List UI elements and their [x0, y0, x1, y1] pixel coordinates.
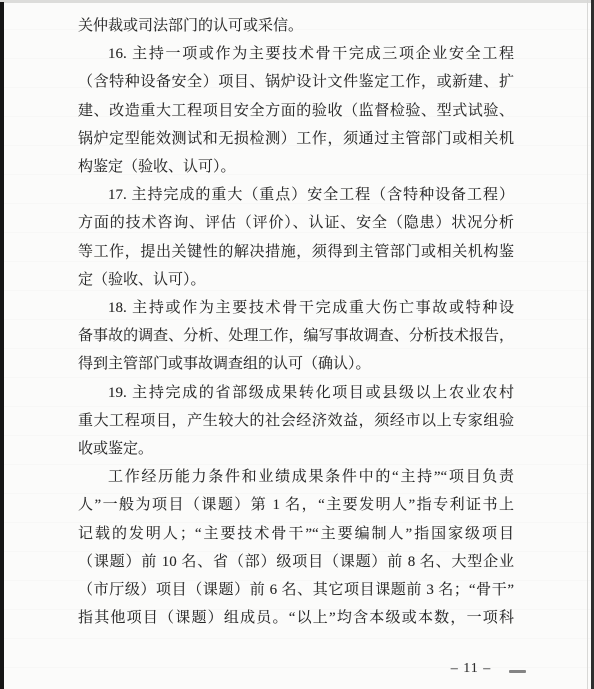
page-number: – 11 – — [428, 661, 514, 677]
text-line: （课题）前 10 名、省（部）级项目（课题）前 8 名、大型企业 — [78, 548, 514, 576]
text-line: 构鉴定（验收、认可）。 — [78, 153, 514, 181]
scanned-document-page: 关仲裁或司法部门的认可或采信。 16. 主持一项或作为主要技术骨干完成三项企业安… — [0, 0, 594, 689]
document-body-text: 关仲裁或司法部门的认可或采信。 16. 主持一项或作为主要技术骨干完成三项企业安… — [78, 12, 514, 632]
text-line: 等工作，提出关键性的解决措施，须得到主管部门或相关机构鉴 — [78, 238, 514, 266]
text-line: 16. 主持一项或作为主要技术骨干完成三项企业安全工程 — [78, 40, 514, 68]
scan-artifact-speck — [509, 670, 526, 673]
text-line: 建、改造重大工程项目安全方面的验收（监督检验、型式试验、 — [78, 97, 514, 125]
scan-artifact-top-band — [0, 0, 594, 3]
text-line: 19. 主持完成的省部级成果转化项目或县级以上农业农村 — [78, 379, 514, 407]
text-line: 工作经历能力条件和业绩成果条件中的“主持”“项目负责 — [78, 463, 514, 491]
text-line: 重大工程项目，产生较大的社会经济效益，须经市以上专家组验 — [78, 407, 514, 435]
text-line: 17. 主持完成的重大（重点）安全工程（含特种设备工程） — [78, 181, 514, 209]
text-line: 定（验收、认可）。 — [78, 266, 514, 294]
text-line: 指其他项目（课题）组成员。“以上”均含本级或本数，一项科 — [78, 604, 514, 632]
text-line: （市厅级）项目（课题）前 6 名、其它项目课题前 3 名；“骨干” — [78, 576, 514, 604]
scan-artifact-right-faint-line — [587, 0, 588, 689]
text-line: 人”一般为项目（课题）第 1 名，“主要发明人”指专利证书上 — [78, 491, 514, 519]
text-line: 锅炉定型能效测试和无损检测）工作，须通过主管部门或相关机 — [78, 125, 514, 153]
text-line: 关仲裁或司法部门的认可或采信。 — [78, 12, 514, 40]
text-line: 记载的发明人；“主要技术骨干”“主要编制人”指国家级项目 — [78, 520, 514, 548]
text-line: 方面的技术咨询、评估（评价）、认证、安全（隐患）状况分析 — [78, 209, 514, 237]
text-line: 收或鉴定。 — [78, 435, 514, 463]
text-line: 得到主管部门或事故调查组的认可（确认）。 — [78, 350, 514, 378]
text-line: 18. 主持或作为主要技术骨干完成重大伤亡事故或特种设 — [78, 294, 514, 322]
scan-artifact-left-edge — [0, 2, 4, 689]
text-line: （含特种设备安全）项目、锅炉设计文件鉴定工作，或新建、扩 — [78, 68, 514, 96]
text-line: 备事故的调查、分析、处理工作，编写事故调查、分析技术报告， — [78, 322, 514, 350]
